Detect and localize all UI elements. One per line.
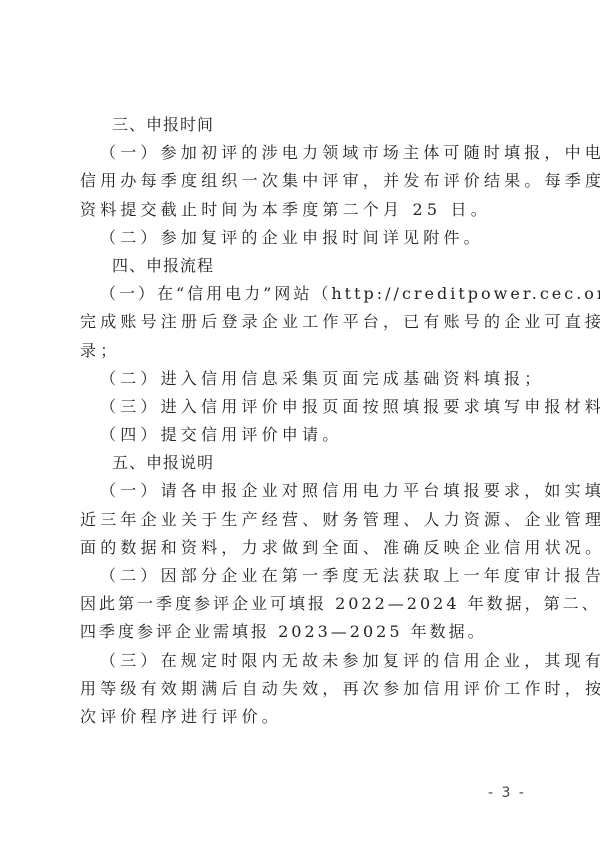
paragraph-line: 录； — [80, 337, 527, 365]
section-heading-notes: 五、申报说明 — [80, 449, 527, 477]
paragraph-line: 面的数据和资料，力求做到全面、准确反映企业信用状况。 — [80, 534, 527, 562]
paragraph-line: 因此第一季度参评企业可填报 2022—2024 年数据，第二、三、 — [80, 590, 527, 618]
paragraph-line: 近三年企业关于生产经营、财务管理、人力资源、企业管理等方 — [80, 506, 527, 534]
document-body: 三、申报时间 （一）参加初评的涉电力领域市场主体可随时填报，中电联 信用办每季度… — [80, 111, 527, 731]
paragraph-line: 完成账号注册后登录企业工作平台，已有账号的企业可直接登 — [80, 308, 527, 336]
paragraph-line: （二）进入信用信息采集页面完成基础资料填报； — [80, 365, 527, 393]
paragraph-line: （一）请各申报企业对照信用电力平台填报要求，如实填报 — [80, 477, 527, 505]
paragraph-line: （四）提交信用评价申请。 — [80, 421, 527, 449]
paragraph-line: 次评价程序进行评价。 — [80, 703, 527, 731]
paragraph-line: 资料提交截止时间为本季度第二个月 25 日。 — [80, 196, 527, 224]
paragraph-line: （二）因部分企业在第一季度无法获取上一年度审计报告， — [80, 562, 527, 590]
paragraph-line: （二）参加复评的企业申报时间详见附件。 — [80, 224, 527, 252]
section-heading-process: 四、申报流程 — [80, 252, 527, 280]
paragraph-line: （三）进入信用评价申报页面按照填报要求填写申报材料； — [80, 393, 527, 421]
page-number: - 3 - — [488, 785, 526, 801]
paragraph-line: （三）在规定时限内无故未参加复评的信用企业，其现有信 — [80, 647, 527, 675]
paragraph-line: 用等级有效期满后自动失效，再次参加信用评价工作时，按照首 — [80, 675, 527, 703]
paragraph-line: （一）参加初评的涉电力领域市场主体可随时填报，中电联 — [80, 139, 527, 167]
section-heading-schedule: 三、申报时间 — [80, 111, 527, 139]
paragraph-line: 信用办每季度组织一次集中评审，并发布评价结果。每季度参评 — [80, 167, 527, 195]
paragraph-line: 四季度参评企业需填报 2023—2025 年数据。 — [80, 618, 527, 646]
paragraph-line-with-url: （一）在“信用电力”网站（http://creditpower.cec.org.… — [80, 280, 527, 308]
